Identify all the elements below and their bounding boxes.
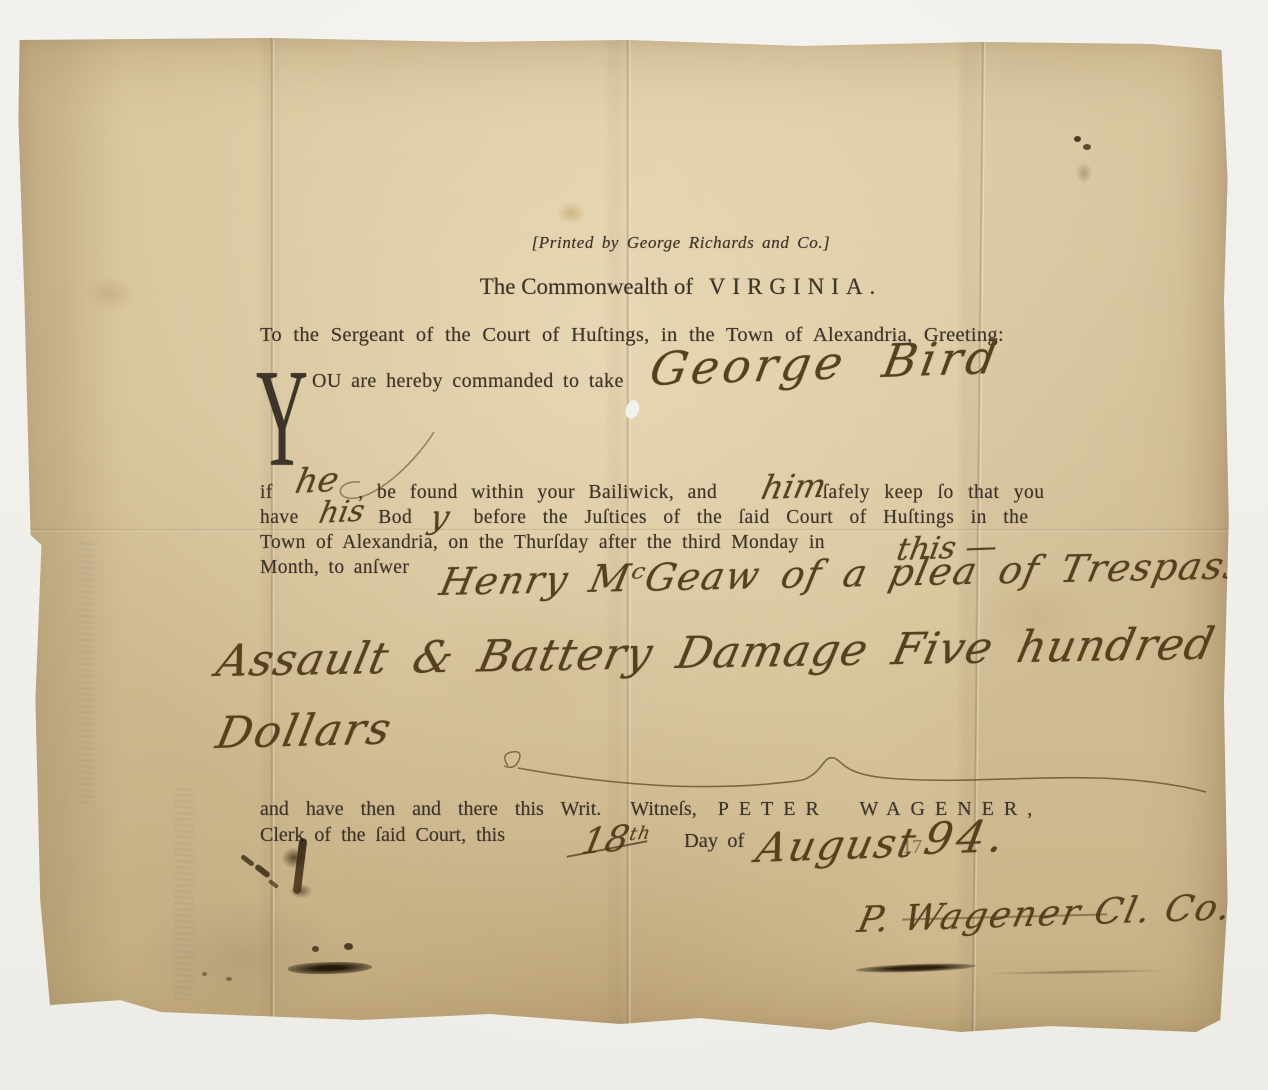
ink-blot [226,977,232,981]
body-line-2: have Bod before the Juſtices of the ſaid… [260,507,1029,529]
hand-word-his: his [316,494,368,531]
document-scan: [Printed by George Richards and Co.] The… [0,0,1268,1090]
title-state-name: VIRGINIA. [709,274,883,300]
ink-streak [288,961,372,976]
year-handwriting: 94. [920,811,1012,865]
body-l2-print-a: have [260,507,299,529]
body-line-1: if , be found within your Bailiwick, and… [260,482,1044,504]
body-l2-print-c: before the Juſtices of the ſaid Court of… [474,507,1029,529]
hand-word-him: him [758,466,830,507]
ink-blot [202,972,207,976]
day-handwriting: 18th [578,816,654,863]
month-handwriting: August [752,819,922,872]
paper-sheet: [Printed by George Richards and Co.] The… [16,36,1230,1034]
ink-blot [312,946,319,952]
body-l1-print-a: if [260,482,273,504]
document-title: The Commonwealth of VIRGINIA. [256,274,1106,300]
printer-imprint: [Printed by George Richards and Co.] [256,233,1106,253]
age-stain [556,202,586,224]
signature-underline-flourish-light [992,968,1164,975]
ink-speck [1074,136,1081,142]
defendant-name-handwriting: George Bird [646,330,1005,396]
day-number: 18 [578,818,633,863]
body-l3-print: Town of Alexandria, on the Thurſday afte… [260,532,825,554]
damages-line-1-handwriting: Assault & Battery Damage Five hundred [212,619,1220,687]
body-line-4: Month, to anſwer [260,557,409,579]
ink-speck [1083,144,1091,150]
dropcap-Y: Y [256,364,308,473]
ink-smudge-faint [1076,162,1092,184]
body-l1-print-b: , be found within your Bailiwick, and [358,482,717,504]
ink-smudge-cluster [238,836,348,931]
signature-underline-flourish [856,962,976,974]
damages-line-2-handwriting: Dollars [212,703,397,759]
bleedthrough-mark [174,788,194,1000]
title-prefix: The Commonwealth of [480,274,693,300]
day-of-print: Day of [684,830,744,853]
age-stain [86,276,136,312]
bleedthrough-mark [78,541,94,803]
body-l4-print: Month, to anſwer [260,557,409,579]
body-l1-print-c: ſafely keep ſo that you [823,482,1045,504]
command-line: OU are hereby commanded to take [312,370,624,393]
ink-blot [344,943,353,950]
closing-writ-print: and have then and there this Writ. [260,798,601,821]
body-line-3: Town of Alexandria, on the Thurſday afte… [260,532,825,554]
body-l2-print-b: Bod [378,507,412,529]
year-prefix-print: 17 [902,836,922,859]
